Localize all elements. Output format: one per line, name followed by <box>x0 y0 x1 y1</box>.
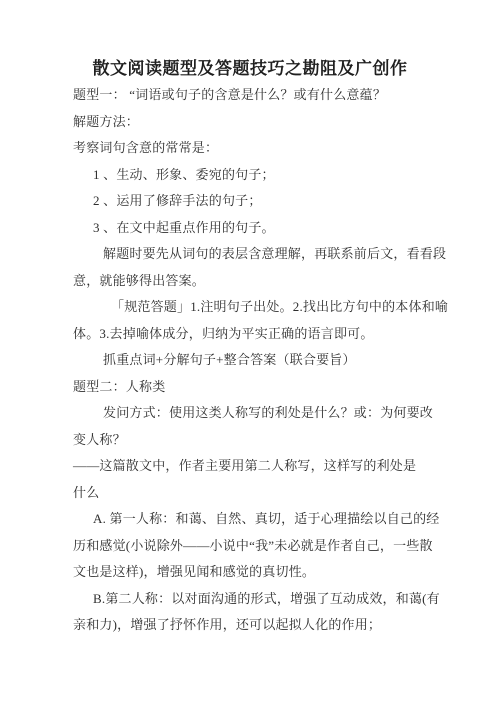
text-line: 体。3.去掉喻体成分，归纳为平实正确的语言即可。 <box>73 321 460 348</box>
text-line: 意，就能够得出答案。 <box>73 268 460 295</box>
list-item-line: 1 、生动、形象、委宛的句子； <box>73 162 460 189</box>
list-item-line: 2 、运用了修辞手法的句子； <box>73 188 460 215</box>
text-line: 变人称？ <box>73 427 460 454</box>
text-line: 考察词句含意的常常是： <box>73 135 460 162</box>
text-line: B.第二人称：以对面沟通的形式，增强了互动成效，和蔼(有 <box>73 586 460 613</box>
document-title: 散文阅读题型及答题技巧之勘阻及广创作 <box>40 56 460 82</box>
text-line: 题型一： “词语或句子的含意是什么？或有什么意蕴？ <box>73 82 460 109</box>
list-item-line: 3 、在文中起重点作用的句子。 <box>73 215 460 242</box>
text-line: 「规范答题」1.注明句子出处。2.找出比方句中的本体和喻 <box>73 294 460 321</box>
text-line: 文也是这样)，增强见闻和感觉的真切性。 <box>73 559 460 586</box>
text-line: 解题方法： <box>73 109 460 136</box>
text-line: 历和感觉(小说除外——小说中“我”未必就是作者自己，一些散 <box>73 533 460 560</box>
text-line: 发问方式：使用这类人称写的利处是什么？或：为何要改 <box>73 400 460 427</box>
text-line: 解题时要先从词句的表层含意理解，再联系前后文，看看段 <box>73 241 460 268</box>
section-heading-line: 题型二：人称类 <box>73 374 460 401</box>
document-page: 散文阅读题型及答题技巧之勘阻及广创作 题型一： “词语或句子的含意是什么？或有什… <box>0 0 500 708</box>
text-line: 亲和力)，增强了抒怀作用，还可以起拟人化的作用； <box>73 612 460 639</box>
text-line: A. 第一人称：和蔼、自然、真切，适于心理描绘以自己的经 <box>73 506 460 533</box>
text-line: 抓重点词+分解句子+整合答案（联合要旨） <box>73 347 460 374</box>
text-line: ——这篇散文中，作者主要用第二人称写，这样写的利处是 <box>73 453 460 480</box>
text-line: 什么 <box>73 480 460 507</box>
